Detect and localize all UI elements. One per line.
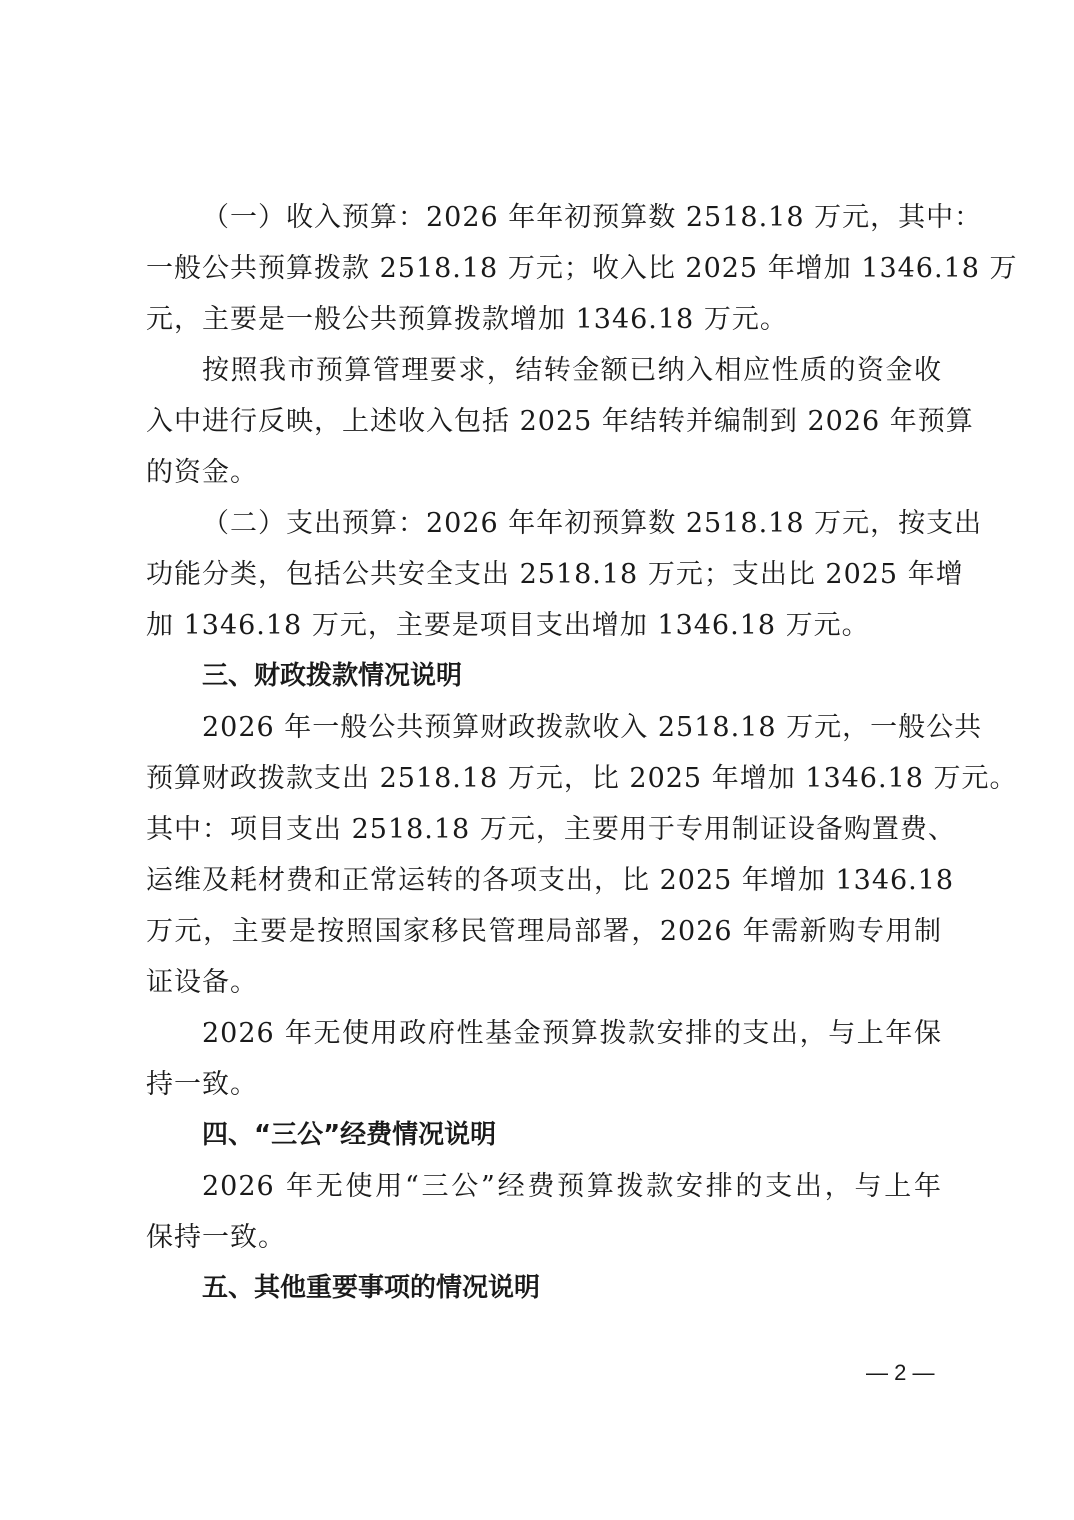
paragraph-three-public: 2026 年无使用“三公”经费预算拨款安排的支出，与上年 保持一致。 <box>146 1161 942 1263</box>
document-page: （一）收入预算：2026 年年初预算数 2518.18 万元，其中： 一般公共预… <box>0 0 1074 1520</box>
text-line: 入中进行反映，上述收入包括 2025 年结转并编制到 2026 年预算 <box>146 396 942 447</box>
text-line: 运维及耗材费和正常运转的各项支出，比 2025 年增加 1346.18 <box>146 855 942 906</box>
text-line: 按照我市预算管理要求，结转金额已纳入相应性质的资金收 <box>146 345 942 396</box>
text-line: 预算财政拨款支出 2518.18 万元，比 2025 年增加 1346.18 万… <box>146 753 942 804</box>
text-line: （二）支出预算：2026 年年初预算数 2518.18 万元，按支出 <box>146 498 942 549</box>
section-heading-other-matters: 五、其他重要事项的情况说明 <box>146 1263 942 1314</box>
text-line: 2026 年无使用政府性基金预算拨款安排的支出，与上年保 <box>146 1008 942 1059</box>
text-line: 2026 年无使用“三公”经费预算拨款安排的支出，与上年 <box>146 1161 942 1212</box>
text-line: 功能分类，包括公共安全支出 2518.18 万元；支出比 2025 年增 <box>146 549 942 600</box>
paragraph-government-fund: 2026 年无使用政府性基金预算拨款安排的支出，与上年保 持一致。 <box>146 1008 942 1110</box>
section-heading-fiscal-appropriation: 三、财政拨款情况说明 <box>146 651 942 702</box>
paragraph-carryover-note: 按照我市预算管理要求，结转金额已纳入相应性质的资金收 入中进行反映，上述收入包括… <box>146 345 942 498</box>
paragraph-expenditure-budget: （二）支出预算：2026 年年初预算数 2518.18 万元，按支出 功能分类，… <box>146 498 942 651</box>
text-line: 证设备。 <box>146 957 942 1008</box>
text-line: 2026 年一般公共预算财政拨款收入 2518.18 万元，一般公共 <box>146 702 942 753</box>
paragraph-fiscal-appropriation: 2026 年一般公共预算财政拨款收入 2518.18 万元，一般公共 预算财政拨… <box>146 702 942 1008</box>
text-line: 保持一致。 <box>146 1212 942 1263</box>
text-line: 其中：项目支出 2518.18 万元，主要用于专用制证设备购置费、 <box>146 804 942 855</box>
text-line: 持一致。 <box>146 1059 942 1110</box>
text-line: 元，主要是一般公共预算拨款增加 1346.18 万元。 <box>146 294 942 345</box>
text-line: 万元，主要是按照国家移民管理局部署，2026 年需新购专用制 <box>146 906 942 957</box>
page-number: — 2 — <box>866 1360 934 1386</box>
text-line: 一般公共预算拨款 2518.18 万元；收入比 2025 年增加 1346.18… <box>146 243 942 294</box>
section-heading-three-public: 四、“三公”经费情况说明 <box>146 1110 942 1161</box>
text-line: （一）收入预算：2026 年年初预算数 2518.18 万元，其中： <box>146 192 942 243</box>
text-line: 加 1346.18 万元，主要是项目支出增加 1346.18 万元。 <box>146 600 942 651</box>
document-body: （一）收入预算：2026 年年初预算数 2518.18 万元，其中： 一般公共预… <box>146 192 942 1314</box>
paragraph-income-budget: （一）收入预算：2026 年年初预算数 2518.18 万元，其中： 一般公共预… <box>146 192 942 345</box>
text-line: 的资金。 <box>146 447 942 498</box>
